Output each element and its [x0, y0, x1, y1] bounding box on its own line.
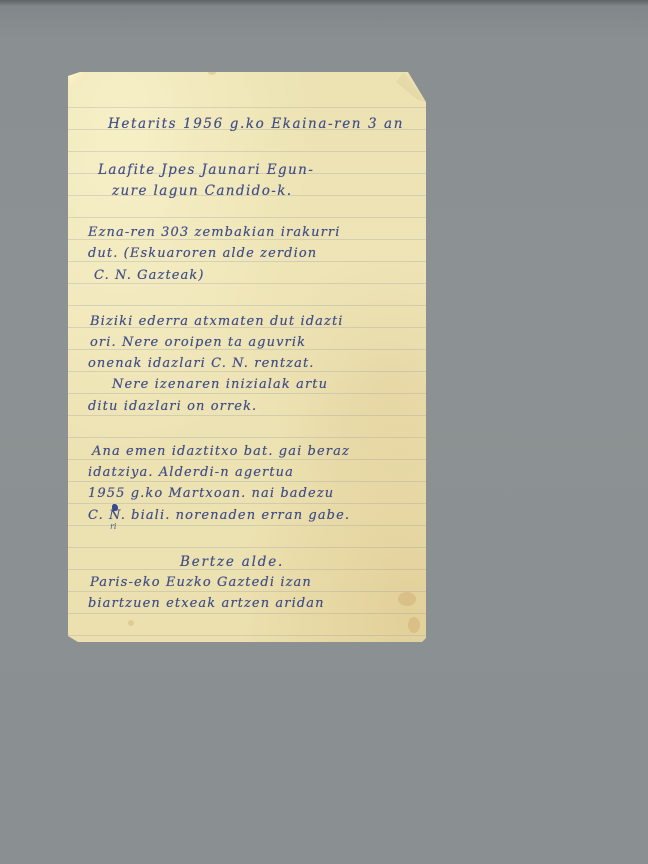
torn-corner-top-right — [386, 72, 426, 108]
text-line: Paris-eko Euzko Gaztedi izan — [90, 575, 312, 590]
text-line: biartzuen etxeak artzen aridan — [88, 596, 325, 611]
text-line: ori. Nere oroipen ta aguvrik — [90, 335, 306, 350]
text-line: Nere izenaren inizialak artu — [112, 377, 328, 392]
text-line: Biziki ederra atxmaten dut idazti — [90, 314, 344, 329]
text-line: C. N. biali. norenaden erran gabe. — [88, 508, 350, 523]
interlinear-note: ri — [110, 522, 116, 531]
salutation-line: Laafite Jpes Jaunari Egun- — [98, 162, 314, 178]
text-line: 1955 g.ko Martxoan. nai badezu — [88, 486, 334, 501]
section-heading: Bertze alde. — [180, 554, 284, 570]
text-line: onenak idazlari C. N. rentzat. — [88, 356, 315, 371]
text-line: Ana emen idaztitxo bat. gai beraz — [92, 444, 350, 459]
letter-paper: Hetarits 1956 g.ko Ekaina-ren 3 an Laafi… — [68, 72, 426, 642]
age-stain — [128, 620, 134, 626]
text-line: ditu idazlari on orrek. — [88, 399, 257, 414]
salutation-line: zure lagun Candido-k. — [112, 183, 292, 199]
dateline: Hetarits 1956 g.ko Ekaina-ren 3 an — [108, 116, 404, 132]
folded-corner-top-left — [68, 72, 90, 88]
text-line: C. N. Gazteak) — [94, 268, 205, 283]
ink-blot — [112, 504, 118, 511]
text-line: Ezna-ren 303 zembakian irakurri — [88, 225, 341, 240]
age-stain — [398, 592, 416, 606]
text-line: dut. (Eskuaroren alde zerdion — [88, 246, 317, 261]
text-line: idatziya. Alderdi-n agertua — [88, 465, 294, 480]
age-stain — [408, 617, 420, 633]
age-stain — [208, 70, 216, 75]
backdrop-top-shadow — [0, 0, 648, 6]
